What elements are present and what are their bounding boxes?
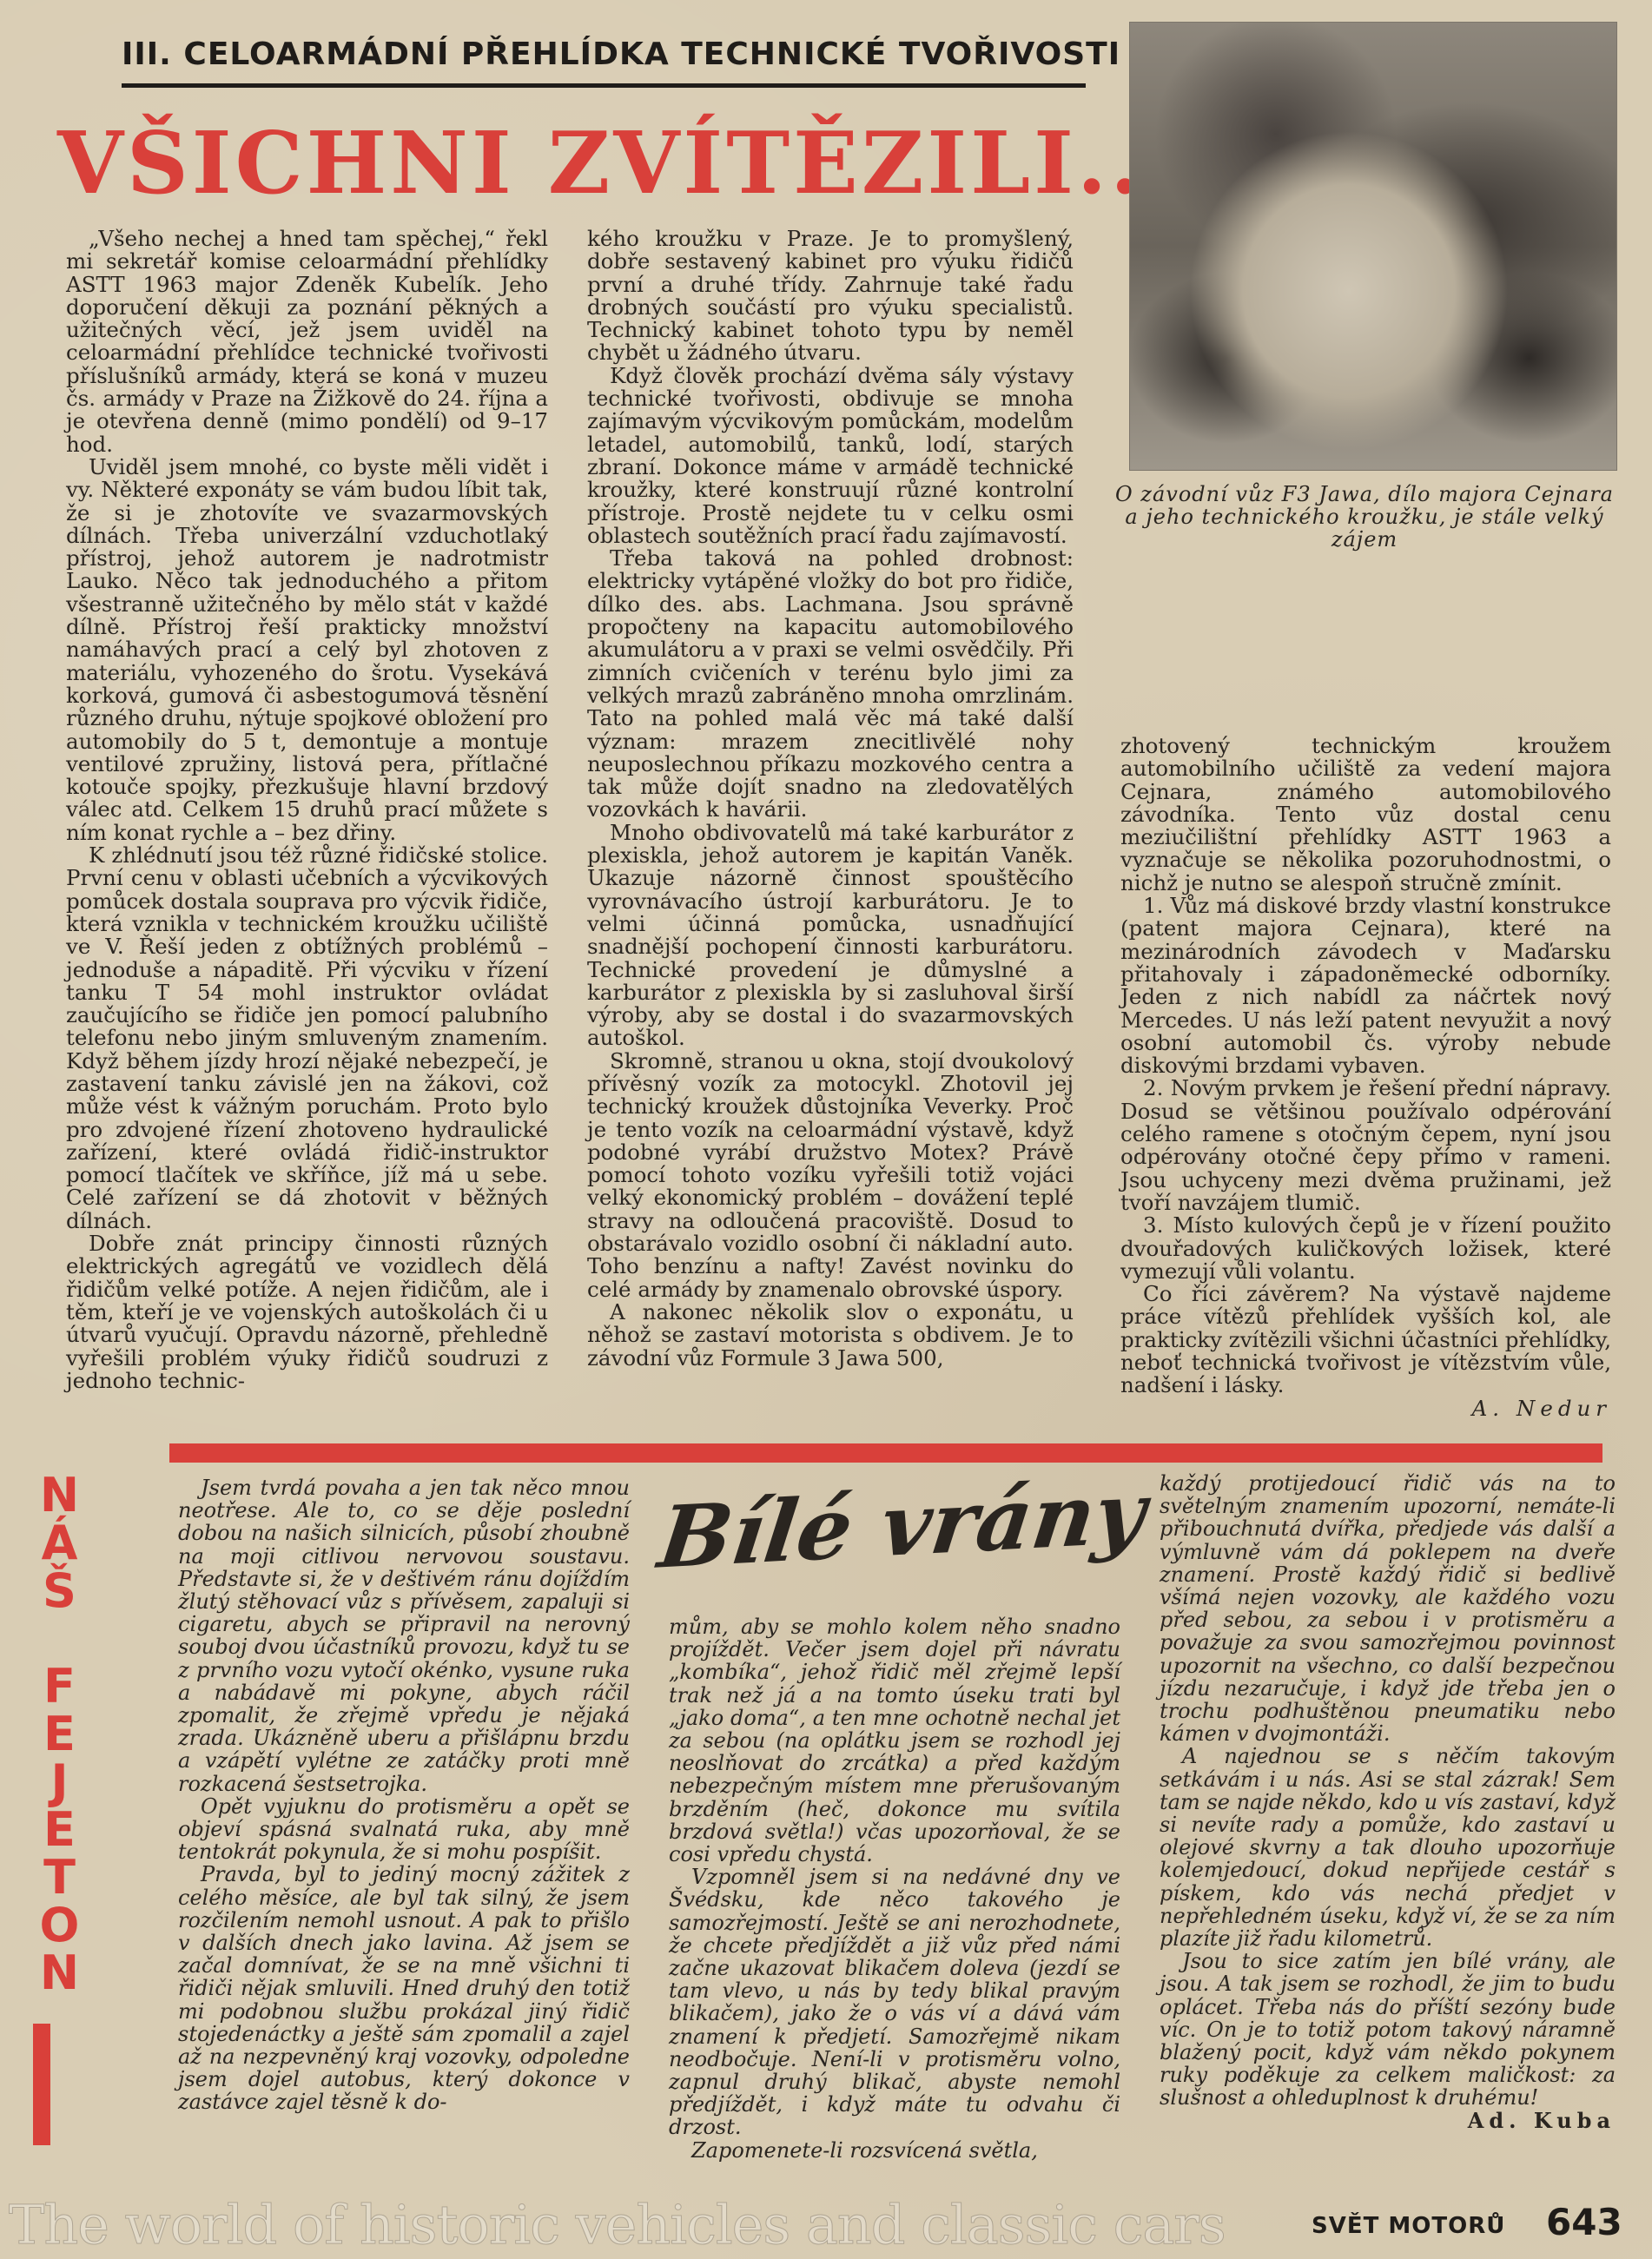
paragraph: Zapomenete-li rozsvícená světla,	[669, 2139, 1120, 2162]
paragraph: 1. Vůz má diskové brzdy vlastní konstruk…	[1120, 895, 1611, 1077]
paragraph: K zhlédnutí jsou též různé řidičské stol…	[66, 844, 548, 1232]
paragraph: Když člověk prochází dvěma sály výstavy …	[587, 365, 1074, 547]
paragraph: zhotovený technickým kroužem automobilní…	[1120, 735, 1611, 895]
article-headline: VŠICHNI ZVÍTĚZILI...	[57, 122, 1100, 207]
feuilleton-red-bar	[33, 2024, 50, 2145]
paragraph: mům, aby se mohlo kolem něho snadno proj…	[669, 1615, 1120, 1866]
paragraph: Mnoho obdivovatelů má také karburátor z …	[587, 822, 1074, 1050]
article-column-1: „Všeho nechej a hned tam spěchej,“ řekl …	[66, 228, 548, 1392]
feuilleton-red-rule	[169, 1443, 1602, 1463]
paragraph: Jsem tvrdá povaha a jen tak něco mnou ne…	[178, 1476, 630, 1795]
race-car-photo	[1129, 22, 1617, 471]
paragraph: Skromně, stranou u okna, stojí dvoukolov…	[587, 1050, 1074, 1301]
paragraph: 2. Novým prvkem je řešení přední nápravy…	[1120, 1077, 1611, 1214]
page-number: 643	[1546, 2201, 1622, 2243]
paragraph: 3. Místo kulových čepů je v řízení použi…	[1120, 1214, 1611, 1283]
paragraph: „Všeho nechej a hned tam spěchej,“ řekl …	[66, 228, 548, 456]
feuilleton-author: Ad. Kuba	[1160, 2110, 1616, 2132]
feuilleton-column-1: Jsem tvrdá povaha a jen tak něco mnou ne…	[178, 1476, 630, 2114]
section-kicker: III. CELOARMÁDNÍ PŘEHLÍDKA TECHNICKÉ TVO…	[122, 36, 1077, 72]
article-column-3: zhotovený technickým kroužem automobilní…	[1120, 735, 1611, 1420]
paragraph: Co říci závěrem? Na výstavě najdeme prác…	[1120, 1283, 1611, 1397]
article-author: A. Nedur	[1120, 1397, 1611, 1420]
paragraph: Jsou to sice zatím jen bílé vrány, ale j…	[1160, 1950, 1616, 2109]
paragraph: kého kroužku v Praze. Je to promyšlený, …	[587, 228, 1074, 365]
paragraph: Třeba taková na pohled drobnost: elektri…	[587, 547, 1074, 822]
watermark-text: The world of historic vehicles and class…	[9, 2193, 1226, 2256]
paragraph: každý protijedoucí řidič vás na to světe…	[1160, 1472, 1616, 1745]
feuilleton-title: Bílé vrány	[651, 1464, 1120, 1609]
feuilleton-section-label: NÁŠ FEJETON	[33, 1468, 85, 2093]
article-column-2: kého kroužku v Praze. Je to promyšlený, …	[587, 228, 1074, 1370]
paragraph: A nakonec několik slov o exponátu, u něh…	[587, 1301, 1074, 1370]
magazine-name: SVĚT MOTORŮ	[1312, 2213, 1505, 2239]
kicker-rule	[122, 83, 1086, 88]
feuilleton-column-3: každý protijedoucí řidič vás na to světe…	[1160, 1472, 1616, 2132]
feuilleton-column-2: mům, aby se mohlo kolem něho snadno proj…	[669, 1615, 1120, 2162]
paragraph: Vzpomněl jsem si na nedávné dny ve Švéds…	[669, 1866, 1120, 2138]
paragraph: Pravda, byl to jediný mocný zážitek z ce…	[178, 1863, 630, 2113]
paragraph: Uviděl jsem mnohé, co byste měli vidět i…	[66, 456, 548, 844]
paragraph: Opět vyjuknu do protisměru a opět se obj…	[178, 1795, 630, 1864]
paragraph: A najednou se s něčím takovým setkávám i…	[1160, 1745, 1616, 1950]
paragraph: Dobře znát principy činnosti různých ele…	[66, 1232, 548, 1392]
photo-caption: O závodní vůz F3 Jawa, dílo majora Cejna…	[1113, 483, 1616, 551]
